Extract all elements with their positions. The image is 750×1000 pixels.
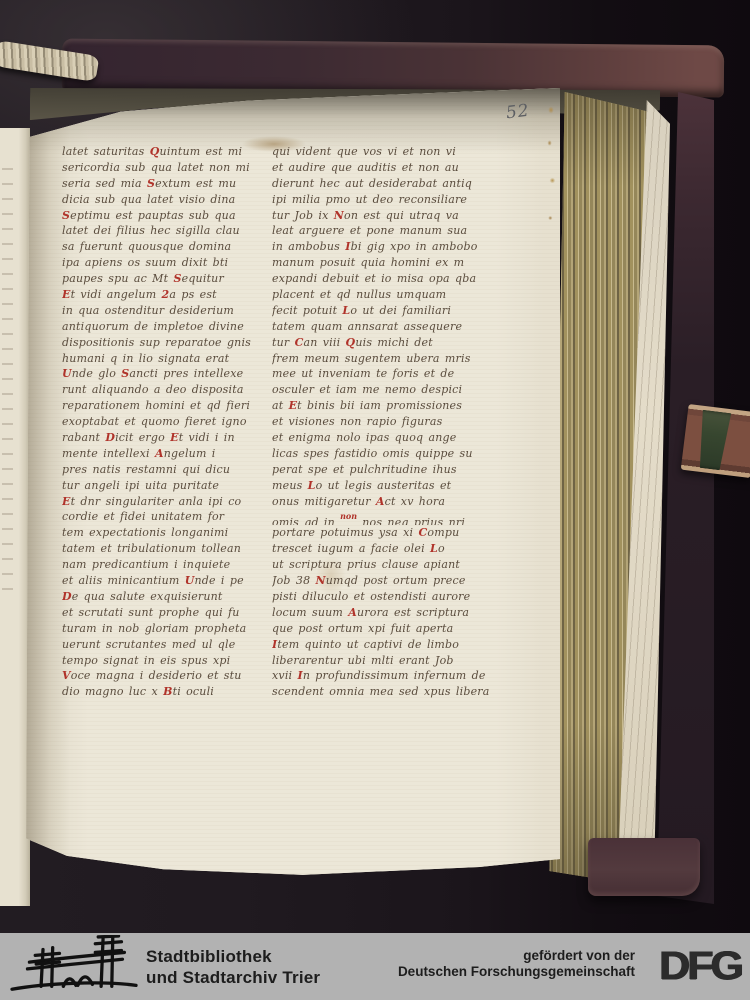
manuscript-line: xvii In profundissimum infernum de [272,668,504,684]
manuscript-line: dio magno luc x Bti oculi [62,684,260,700]
manuscript-line: sericordia sub qua latet non mi [62,160,260,176]
manuscript-line: expandi debuit et io misa opa qba [272,271,504,287]
manuscript-line: turam in nob gloriam propheta [62,621,260,637]
manuscript-line: tur Can viii Quis michi det [272,335,504,351]
manuscript-line: tatem et tribulationum tollean [62,541,260,557]
manuscript-line: in qua ostenditur desiderium [62,303,260,319]
manuscript-line: trescet iugum a facie olei Lo [272,541,504,557]
institution-name: Stadtbibliothek und Stadtarchiv Trier [146,946,320,988]
manuscript-line: tatem quam annsarat assequere [272,319,504,335]
manuscript-line: rabant Dicit ergo Et vidi i in [62,430,260,446]
institution-line2: und Stadtarchiv Trier [146,967,320,988]
manuscript-line: et audire que auditis et non au [272,160,504,176]
book-photograph: 52 latet saturitas Quintum est misericor… [0,0,750,933]
manuscript-line: sa fuerunt quousque domina [62,239,260,255]
manuscript-line: et visiones non rapio figuras [272,414,504,430]
book-cover-bottom-corner [588,838,700,896]
manuscript-line: tem expectationis longanimi [62,525,260,541]
manuscript-line: tempo signat in eis spus xpi [62,653,260,669]
manuscript-line: cordie et fidei unitatem for [62,509,260,525]
manuscript-line: dicia sub qua latet visio dina [62,192,260,208]
manuscript-line: latet dei filius hec sigilla clau [62,223,260,239]
footer-bar: Stadtbibliothek und Stadtarchiv Trier ge… [0,933,750,1000]
stadtbibliothek-trier-logo [9,935,139,997]
manuscript-line: locum suum Aurora est scriptura [272,605,504,621]
manuscript-line: pisti diluculo et ostendisti aurore [272,589,504,605]
funding-line1: gefördert von der [398,948,635,964]
manuscript-line: antiquorum de impletoe divine [62,319,260,335]
manuscript-line: Et dnr singulariter anla ipi co [62,494,260,510]
manuscript-line: Septimu est pauptas sub qua [62,208,260,224]
manuscript-line: et enigma nolo ipas quoq ange [272,430,504,446]
manuscript-line: onus mitigaretur Act xv hora [272,494,504,510]
manuscript-line: que post ortum xpi fuit aperta [272,621,504,637]
manuscript-line: paupes spu ac Mt Sequitur [62,271,260,287]
manuscript-line: runt aliquando a deo disposita [62,382,260,398]
manuscript-line: latet saturitas Quintum est mi [62,144,260,160]
manuscript-line: ut scriptura prius clause apiant [272,557,504,573]
manuscript-line: reparationem homini et qd fieri [62,398,260,414]
manuscript-line: exoptabat et quomo fieret igno [62,414,260,430]
manuscript-line: at Et binis bii iam promissiones [272,398,504,414]
facing-page-sliver [0,128,30,906]
manuscript-line: in ambobus Ibi gig xpo in ambobo [272,239,504,255]
manuscript-line: mente intellexi Angelum i [62,446,260,462]
manuscript-line: omis qd in non nos neq prius nri [272,509,504,525]
manuscript-line: ipi milia pmo ut deo reconsiliare [272,192,504,208]
scan-viewer: 52 latet saturitas Quintum est misericor… [0,0,750,1000]
dfg-logo: DFG [645,939,741,992]
folio-number: 52 [505,101,531,124]
manuscript-line: humani q in lio signata erat [62,351,260,367]
manuscript-line: qui vident que vos vi et non vi [272,144,504,160]
manuscript-line: leat arguere et pone manum sua [272,223,504,239]
manuscript-line: tur Job ix Non est qui utraq va [272,208,504,224]
funding-line2: Deutschen Forschungsgemeinschaft [398,964,635,980]
manuscript-line: ipa apiens os suum dixit bti [62,255,260,271]
manuscript-line: portare potuimus ysa xi Compu [272,525,504,541]
manuscript-line: licas spes fastidio omis quippe su [272,446,504,462]
manuscript-line: mee ut inveniam te foris et de [272,366,504,382]
manuscript-page: 52 latet saturitas Quintum est misericor… [24,88,560,878]
book-clasp [680,404,750,486]
page-edge-specks [544,98,558,248]
manuscript-line: dierunt hec aut desiderabat antiq [272,176,504,192]
manuscript-line: meus Lo ut legis austeritas et [272,478,504,494]
manuscript-line: De qua salute exquisierunt [62,589,260,605]
manuscript-line: nam predicantium i inquiete [62,557,260,573]
manuscript-line: frem meum sugentem ubera mris [272,351,504,367]
text-column-left: latet saturitas Quintum est misericordia… [62,144,260,710]
manuscript-line: liberarentur ubi mlti erant Job [272,653,504,669]
manuscript-line: pres natis restamni qui dicu [62,462,260,478]
text-column-right: qui vident que vos vi et non viet audire… [272,144,504,710]
manuscript-line: et aliis minicantium Unde i pe [62,573,260,589]
manuscript-line: et scrutati sunt prophe qui fu [62,605,260,621]
manuscript-line: Et vidi angelum 2a ps est [62,287,260,303]
institution-line1: Stadtbibliothek [146,946,320,967]
manuscript-line: perat spe et pulchritudine ihus [272,462,504,478]
manuscript-line: Voce magna i desiderio et stu [62,668,260,684]
manuscript-line: Item quinto ut captivi de limbo [272,637,504,653]
manuscript-line: dispositionis sup reparatoe gnis [62,335,260,351]
manuscript-line: osculer et iam me nemo despici [272,382,504,398]
manuscript-line: uerunt scrutantes med ul qle [62,637,260,653]
manuscript-line: Unde glo Sancti pres intellexe [62,366,260,382]
manuscript-line: tur angeli ipi uita puritate [62,478,260,494]
manuscript-line: manum posuit quia homini ex m [272,255,504,271]
manuscript-line: Job 38 Numqd post ortum prece [272,573,504,589]
manuscript-line: scendent omnia mea sed xpus libera [272,684,504,700]
manuscript-line: seria sed mia Sextum est mu [62,176,260,192]
manuscript-line: placent et qd nullus umquam [272,287,504,303]
funding-credit: gefördert von der Deutschen Forschungsge… [398,948,635,980]
manuscript-line: fecit potuit Lo ut dei familiari [272,303,504,319]
